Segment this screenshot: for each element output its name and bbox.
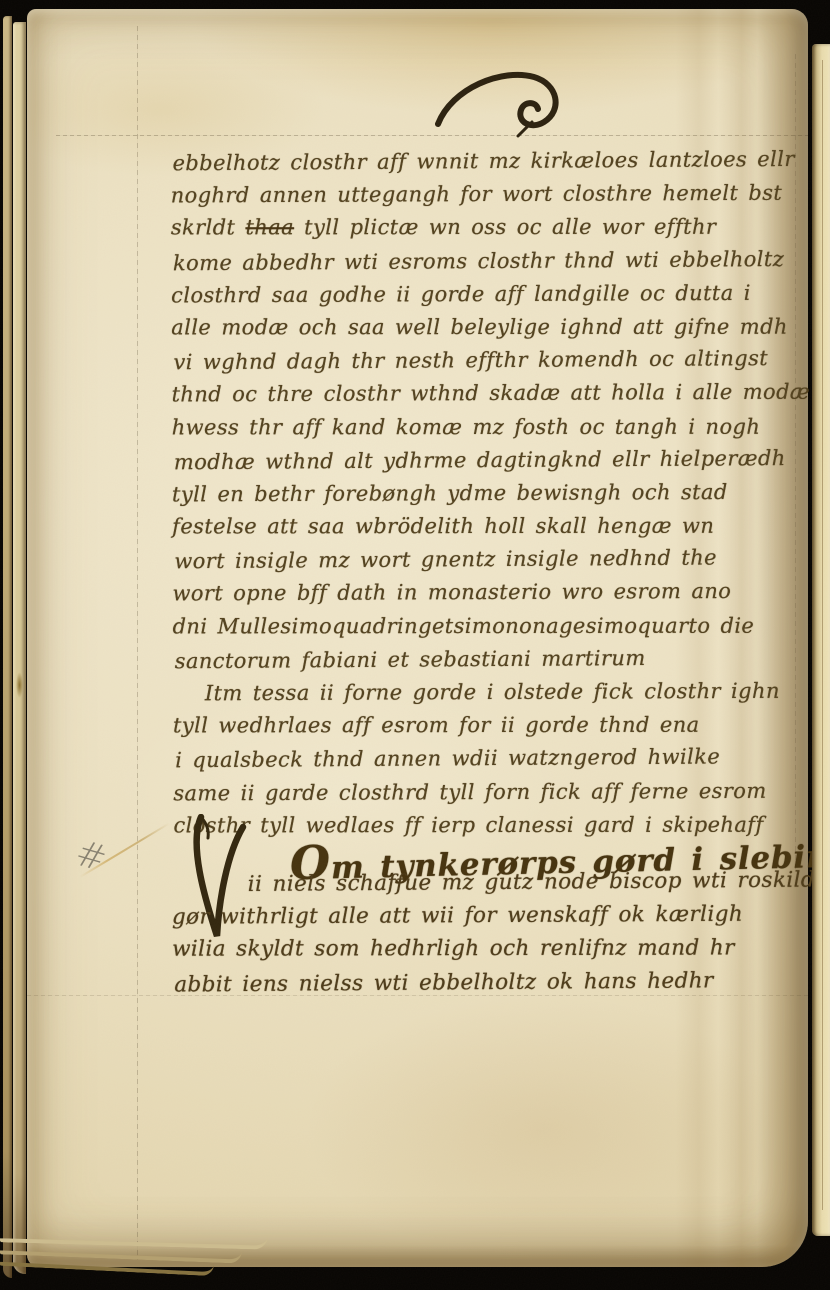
text-line: wort insigle mz wort gnentz insigle nedh…: [174, 541, 820, 579]
leaf-edge-under-2: [13, 22, 26, 1274]
text-line: tyll wedhrlaes aff esrom for ii gorde th…: [173, 709, 821, 743]
manuscript-photo: ebbelhotz closthr aff wnnit mz kirkæloes…: [0, 0, 830, 1290]
text-line: hwess thr aff kand komæ mz fosth oc tang…: [172, 410, 820, 444]
text-line: thnd oc thre closthr wthnd skadæ att hol…: [171, 376, 819, 412]
leaf-edge-under-1: [3, 16, 12, 1278]
text-block: ebbelhotz closthr aff wnnit mz kirkæloes…: [170, 144, 821, 844]
text-line: wort opne bff dath in monasterio wro esr…: [172, 575, 820, 611]
text-line: noghrd annen uttegangh for wort closthre…: [171, 177, 819, 213]
text-line: gør withrligt alle att wii for wenskaff …: [172, 897, 822, 934]
text-line: tyll en bethr forebøngh ydme bewisngh oc…: [172, 475, 820, 511]
text-line: skrldt thaa tyll plictæ wn oss oc alle w…: [171, 211, 819, 245]
ruling-line-left-margin: [137, 26, 138, 1260]
text-line: ebbelhotz closthr aff wnnit mz kirkæloes…: [172, 143, 818, 181]
section-text-block: ii niels schaffue mz gutz node biscop wt…: [172, 864, 823, 1000]
text-line: closthrd saa godhe ii gorde aff landgill…: [171, 276, 819, 312]
struck-word: thaa: [245, 216, 294, 240]
leaf-edge-stain: [16, 672, 23, 698]
text-line: vi wghnd dagh thr nesth effthr komendh o…: [173, 342, 819, 380]
text-line: festelse att saa wbrödelith holl skall h…: [172, 510, 820, 544]
pen-flourish-icon: [430, 64, 586, 148]
latin-date-line: sanctorum fabiani et sebastiani martirum: [175, 641, 821, 679]
text-line: modhæ wthnd alt ydhrme dagtingknd ellr h…: [174, 441, 820, 479]
facing-page-crease: [822, 60, 823, 1210]
text-line: wilia skyldt som hedhrligh och renlifnz …: [172, 932, 822, 967]
latin-date-line: dni Mullesimoquadringetsimononagesimoqua…: [173, 609, 821, 643]
text-line: same ii garde closthrd tyll forn fick af…: [173, 774, 821, 810]
text-line: ii niels schaffue mz gutz node biscop wt…: [174, 863, 822, 901]
facing-page-edge: [812, 44, 830, 1236]
text-line: alle modæ och saa well beleylige ighnd a…: [171, 311, 819, 345]
text-line: Itm tessa ii forne gorde i olstede fick …: [173, 675, 821, 711]
text-segment: tyll plictæ wn oss oc alle wor effthr: [294, 215, 716, 240]
text-line: kome abbedhr wti esroms closthr thnd wti…: [173, 242, 819, 280]
text-line: i qualsbeck thnd annen wdii watzngerod h…: [175, 740, 821, 778]
text-segment: skrldt: [171, 216, 246, 240]
text-line: abbit iens nielss wti ebbelholtz ok hans…: [174, 963, 822, 1001]
